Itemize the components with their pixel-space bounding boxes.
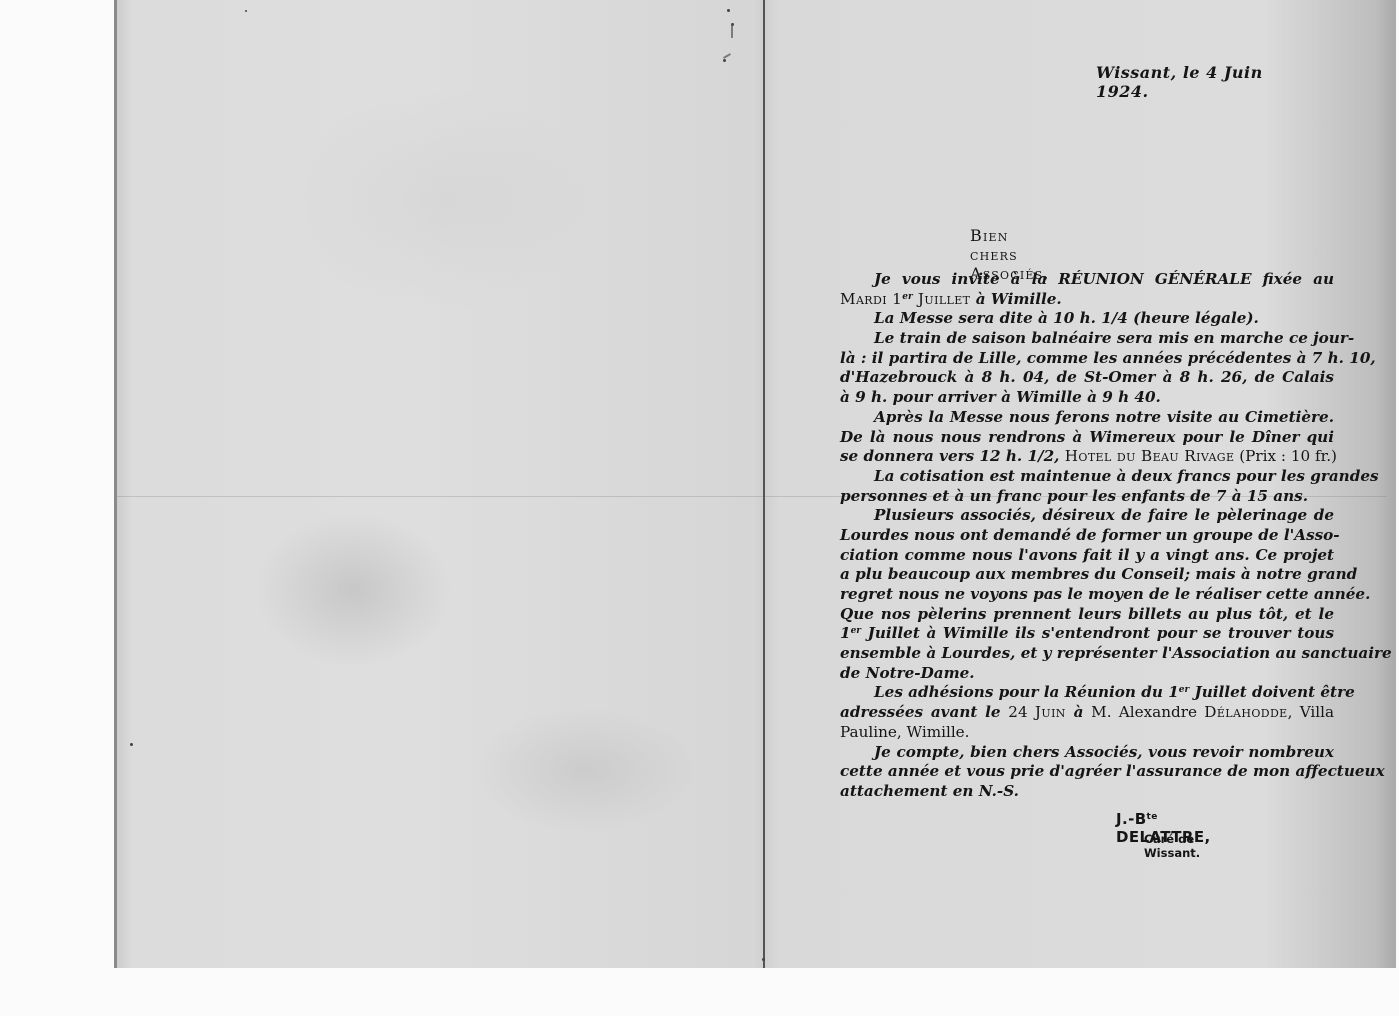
letter-line: de Notre-Dame. [840,664,1334,684]
letter-line: se donnera vers 12 h. 1/2, Hotel du Beau… [840,447,1334,467]
text-run: fixée au [1252,270,1334,288]
text-run: Les adhésions pour la Réunion du 1 [874,683,1179,701]
letter-line: Plusieurs associés, désireux de faire le… [840,506,1334,526]
scratch-mark [731,24,733,38]
ink-speck [245,10,247,12]
text-run: là : il partira de Lille, comme les anné… [840,349,1376,367]
letter-line: 1er Juillet à Wimille ils s'entendront p… [840,624,1334,644]
letter-line: Pauline, Wimille. [840,723,1334,743]
letter-line: personnes et à un franc pour les enfants… [840,487,1334,507]
text-run: Plusieurs associés, désireux de faire le… [874,506,1334,524]
letter-line: à 9 h. pour arriver à Wimille à 9 h 40. [840,388,1334,408]
letter-line: Après la Messe nous ferons notre visite … [840,408,1334,428]
center-fold-line [763,0,765,968]
text-run: attachement en N.-S. [840,782,1019,800]
text-run: 24 [1008,703,1035,721]
superscript: er [851,626,861,636]
letter-line: De là nous nous rendrons à Wimereux pour… [840,428,1334,448]
text-run: 1 [840,624,851,642]
letter-line: Je compte, bien chers Associés, vous rev… [840,743,1334,763]
text-run: Après la Messe nous ferons notre visite … [874,408,1334,426]
signature-superscript: te [1147,812,1158,822]
letter-line: cette année et vous prie d'agréer l'assu… [840,762,1334,782]
text-run: Juin [1035,703,1066,721]
letter-line: ciation comme nous l'avons fait il y a v… [840,546,1334,566]
text-run: , Villa [1288,703,1334,721]
text-run: Que nos pèlerins prennent leurs billets … [840,605,1334,623]
signature-title: Curé de Wissant. [1144,832,1200,860]
text-run: d'Hazebrouck à 8 h. 04, de St-Omer à 8 h… [840,368,1334,386]
letter-line: d'Hazebrouck à 8 h. 04, de St-Omer à 8 h… [840,368,1334,388]
text-run: Hotel du Beau Rivage [1065,447,1235,465]
letter-line: Je vous invite à la RÉUNION GÉNÉRALE fix… [840,270,1334,290]
letter-line: ensemble à Lourdes, et y représenter l'A… [840,644,1334,664]
text-run: ciation comme nous l'avons fait il y a v… [840,546,1334,564]
text-run: Lourdes nous ont demandé de former un gr… [840,526,1340,544]
letter-line: La cotisation est maintenue à deux franc… [840,467,1334,487]
letter-line: Les adhésions pour la Réunion du 1er Jui… [840,683,1334,703]
text-run: Juillet à Wimille ils s'entendront pour … [861,624,1334,642]
ink-speck [727,9,730,12]
letter-line: là : il partira de Lille, comme les anné… [840,349,1334,369]
signature-prefix: J.-B [1116,810,1147,828]
text-run: ensemble à Lourdes, et y représenter l'A… [840,644,1392,662]
letter-line: La Messe sera dite à 10 h. 1/4 (heure lé… [840,309,1334,329]
letter-line: adressées avant le 24 Juin à M. Alexandr… [840,703,1334,723]
text-run: à [1066,703,1091,721]
letter-line: Lourdes nous ont demandé de former un gr… [840,526,1334,546]
text-run: adressées avant le [840,703,1008,721]
text-run: RÉUNION GÉNÉRALE [1058,270,1251,288]
text-run: regret nous ne voyons pas le moyen de le… [840,585,1370,603]
letter-line: Que nos pèlerins prennent leurs billets … [840,605,1334,625]
text-run: Le train de saison balnéaire sera mis en… [874,329,1354,347]
text-run: La Messe sera dite à 10 h. 1/4 (heure lé… [874,309,1259,327]
text-run: cette année et vous prie d'agréer l'assu… [840,762,1385,780]
letter-line: a plu beaucoup aux membres du Conseil; m… [840,565,1334,585]
text-run: De là nous nous rendrons à Wimereux pour… [840,428,1334,446]
letter-dateline: Wissant, le 4 Juin 1924. [1096,63,1314,101]
text-run: a plu beaucoup aux membres du Conseil; m… [840,565,1357,583]
letter-line: attachement en N.-S. [840,782,1334,802]
letter-body: Je vous invite à la RÉUNION GÉNÉRALE fix… [840,270,1334,802]
ink-speck [130,743,133,746]
text-run: La cotisation est maintenue à deux franc… [874,467,1379,485]
text-run: de Notre-Dame. [840,664,975,682]
text-run: (Prix : 10 fr.) [1234,447,1337,465]
text-run: Juillet doivent être [1189,683,1354,701]
text-run: Pauline, Wimille. [840,723,970,741]
text-run: M. Alexandre [1091,703,1204,721]
text-run: Je vous invite à la [874,270,1058,288]
text-run: Juillet [913,290,971,308]
letter-line: Mardi 1er Juillet à Wimille. [840,290,1334,310]
ink-speck [723,59,726,62]
text-run: se donnera vers 12 h. 1/2, [840,447,1065,465]
superscript: er [1179,685,1189,695]
text-run: personnes et à un franc pour les enfants… [840,487,1308,505]
superscript: er [902,292,912,302]
letter-line: regret nous ne voyons pas le moyen de le… [840,585,1334,605]
letter-line: Le train de saison balnéaire sera mis en… [840,329,1334,349]
text-run: Je compte, bien chers Associés, vous rev… [874,743,1334,761]
ink-speck [762,958,765,961]
text-run: à 9 h. pour arriver à Wimille à 9 h 40. [840,388,1161,406]
text-run: Mardi 1 [840,290,902,308]
text-run: Délahodde [1204,703,1287,721]
paper-left-edge [114,0,117,968]
text-run: à Wimille. [970,290,1061,308]
